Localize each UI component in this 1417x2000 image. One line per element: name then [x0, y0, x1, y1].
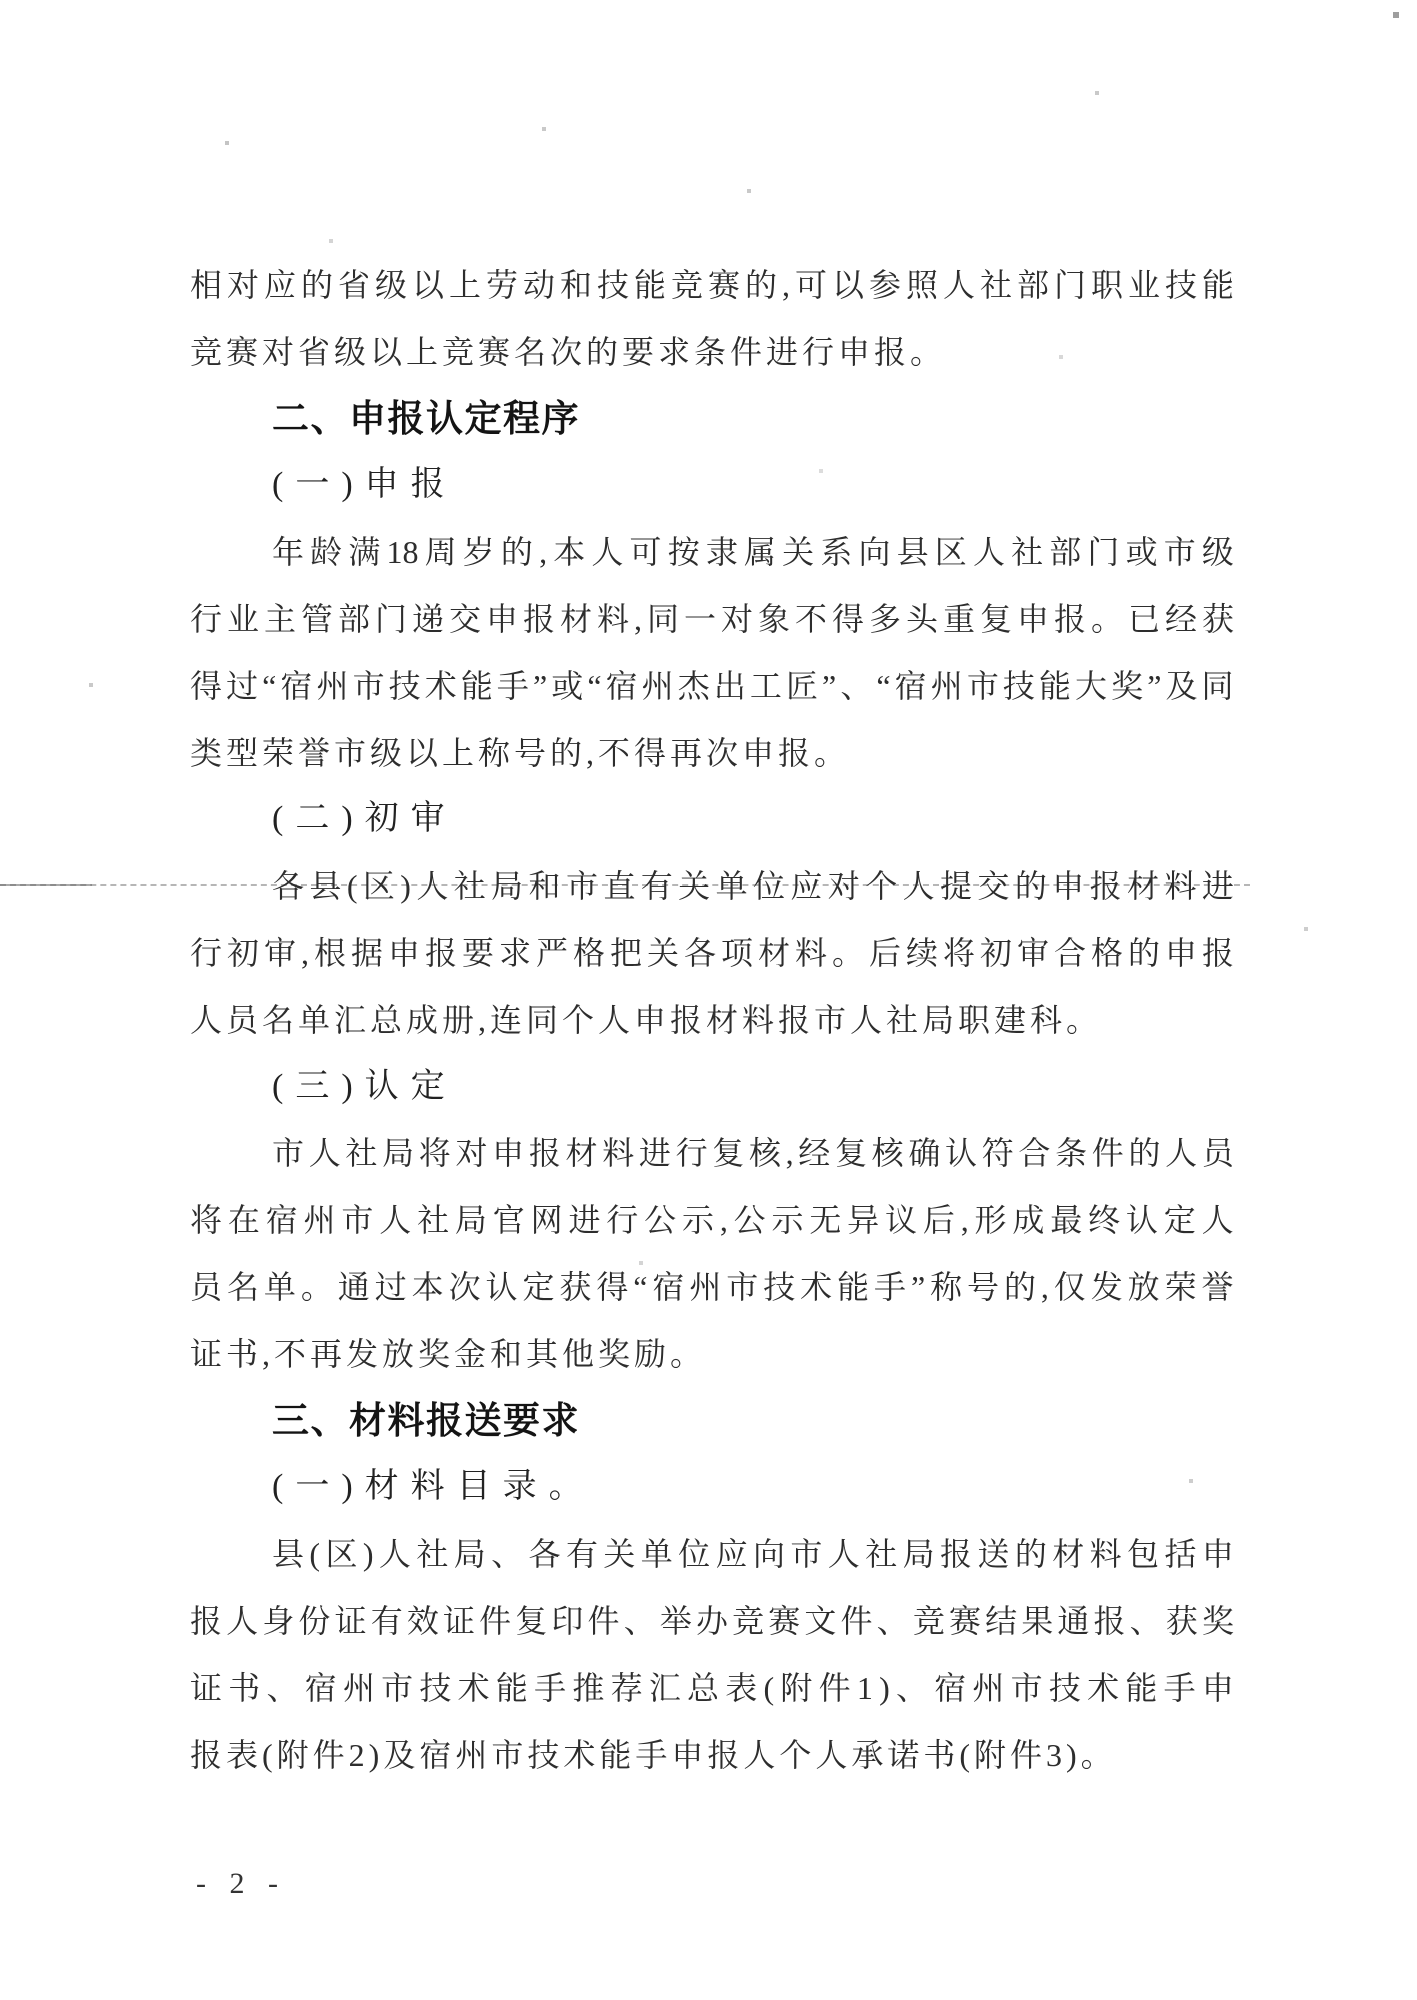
text-line: 类型荣誉市级以上称号的,不得再次申报。: [190, 720, 1234, 787]
scanned-document-page: 相对应的省级以上劳动和技能竞赛的,可以参照人社部门职业技能竞赛对省级以上竞赛名次…: [0, 0, 1417, 2000]
scan-noise-specks: [0, 0, 2, 2]
page-number: - 2 -: [196, 1862, 286, 1906]
text-line: 证书,不再发放奖金和其他奖励。: [190, 1321, 1234, 1388]
text-line: 各县(区)人社局和市直有关单位应对个人提交的申报材料进: [190, 853, 1234, 920]
sub-heading: (三)认定: [190, 1054, 1234, 1121]
text-line: 县(区)人社局、各有关单位应向市人社局报送的材料包括申: [190, 1521, 1234, 1588]
text-line: 年龄满18周岁的,本人可按隶属关系向县区人社部门或市级: [190, 519, 1234, 586]
sub-heading: (一)申报: [190, 452, 1234, 519]
section-heading: 三、材料报送要求: [190, 1388, 1234, 1455]
text-line: 报表(附件2)及宿州市技术能手申报人个人承诺书(附件3)。: [190, 1722, 1234, 1789]
text-line: 相对应的省级以上劳动和技能竞赛的,可以参照人社部门职业技能: [190, 252, 1234, 319]
text-line: 行初审,根据申报要求严格把关各项材料。后续将初审合格的申报: [190, 920, 1234, 987]
text-line: 将在宿州市人社局官网进行公示,公示无异议后,形成最终认定人: [190, 1187, 1234, 1254]
text-line: 竞赛对省级以上竞赛名次的要求条件进行申报。: [190, 319, 1234, 386]
section-heading: 二、申报认定程序: [190, 386, 1234, 453]
text-line: 得过“宿州市技术能手”或“宿州杰出工匠”、“宿州市技能大奖”及同: [190, 653, 1234, 720]
text-line: 行业主管部门递交申报材料,同一对象不得多头重复申报。已经获: [190, 586, 1234, 653]
sub-heading: (二)初审: [190, 786, 1234, 853]
document-body: 相对应的省级以上劳动和技能竞赛的,可以参照人社部门职业技能竞赛对省级以上竞赛名次…: [190, 252, 1234, 1788]
text-line: 员名单。通过本次认定获得“宿州市技术能手”称号的,仅发放荣誉: [190, 1254, 1234, 1321]
text-line: 市人社局将对申报材料进行复核,经复核确认符合条件的人员: [190, 1120, 1234, 1187]
text-line: 报人身份证有效证件复印件、举办竞赛文件、竞赛结果通报、获奖: [190, 1588, 1234, 1655]
sub-heading: (一)材料目录。: [190, 1454, 1234, 1521]
text-line: 证书、宿州市技术能手推荐汇总表(附件1)、宿州市技术能手申: [190, 1655, 1234, 1722]
text-line: 人员名单汇总成册,连同个人申报材料报市人社局职建科。: [190, 987, 1234, 1054]
